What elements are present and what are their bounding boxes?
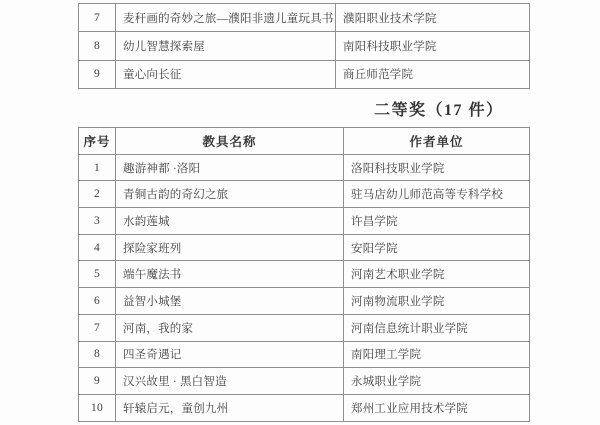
row-name-cell: 青铜古韵的奇幻之旅 — [116, 181, 344, 208]
row-unit-cell: 南阳理工学院 — [344, 341, 530, 368]
row-unit-cell: 商丘师范学院 — [336, 60, 530, 88]
table-row: 8 四圣奇遇记 南阳理工学院 — [79, 341, 530, 368]
row-no-cell: 4 — [79, 234, 116, 261]
table-row: 9 童心向长征 商丘师范学院 — [79, 60, 530, 88]
table-row: 4 探险家班列 安阳学院 — [79, 234, 530, 261]
second-prize-table: 序号 教具名称 作者单位 1 趣游神都 ·洛阳 洛阳科技职业学院 2 青铜古韵的… — [78, 127, 530, 422]
row-name-cell: 幼儿智慧探索屋 — [116, 32, 336, 60]
row-name-cell: 汉兴故里 · 黑白智造 — [116, 368, 344, 395]
row-name-cell: 端午魔法书 — [116, 261, 344, 288]
table-row: 5 端午魔法书 河南艺术职业学院 — [79, 261, 530, 288]
row-unit-cell: 濮阳职业技术学院 — [336, 4, 530, 32]
row-no-cell: 3 — [79, 208, 116, 235]
table-row: 7 麦秆画的奇妙之旅—濮阳非遗儿童玩具书 濮阳职业技术学院 — [79, 4, 530, 32]
row-no-cell: 7 — [79, 4, 116, 32]
header-unit-cell: 作者单位 — [344, 128, 530, 155]
row-no-cell: 6 — [79, 288, 116, 315]
row-no-cell: 7 — [79, 314, 116, 341]
table-row: 10 轩辕启元，童创九州 郑州工业应用技术学院 — [79, 394, 530, 421]
row-name-cell: 探险家班列 — [116, 234, 344, 261]
row-no-cell: 10 — [79, 394, 116, 421]
row-unit-cell: 河南艺术职业学院 — [344, 261, 530, 288]
table-row: 8 幼儿智慧探索屋 南阳科技职业学院 — [79, 32, 530, 60]
row-name-cell: 益智小城堡 — [116, 288, 344, 315]
row-no-cell: 8 — [79, 341, 116, 368]
row-unit-cell: 永城职业学院 — [344, 368, 530, 395]
header-name-cell: 教具名称 — [116, 128, 344, 155]
row-unit-cell: 洛阳科技职业学院 — [344, 154, 530, 181]
table-row: 6 益智小城堡 河南物流职业学院 — [79, 288, 530, 315]
table-row: 3 水韵莲城 许昌学院 — [79, 208, 530, 235]
document-page: 7 麦秆画的奇妙之旅—濮阳非遗儿童玩具书 濮阳职业技术学院 8 幼儿智慧探索屋 … — [0, 0, 600, 425]
table-row: 1 趣游神都 ·洛阳 洛阳科技职业学院 — [79, 154, 530, 181]
row-unit-cell: 郑州工业应用技术学院 — [344, 394, 530, 421]
row-unit-cell: 许昌学院 — [344, 208, 530, 235]
row-no-cell: 9 — [79, 368, 116, 395]
row-no-cell: 8 — [79, 32, 116, 60]
row-no-cell: 5 — [79, 261, 116, 288]
table-row: 2 青铜古韵的奇幻之旅 驻马店幼儿师范高等专科学校 — [79, 181, 530, 208]
row-no-cell: 9 — [79, 60, 116, 88]
table-header-row: 序号 教具名称 作者单位 — [79, 128, 530, 155]
row-unit-cell: 驻马店幼儿师范高等专科学校 — [344, 181, 530, 208]
row-name-cell: 水韵莲城 — [116, 208, 344, 235]
row-name-cell: 趣游神都 ·洛阳 — [116, 154, 344, 181]
row-name-cell: 童心向长征 — [116, 60, 336, 88]
row-no-cell: 1 — [79, 154, 116, 181]
row-unit-cell: 安阳学院 — [344, 234, 530, 261]
row-name-cell: 河南，我的家 — [116, 314, 344, 341]
row-name-cell: 轩辕启元，童创九州 — [116, 394, 344, 421]
row-unit-cell: 河南物流职业学院 — [344, 288, 530, 315]
row-name-cell: 四圣奇遇记 — [116, 341, 344, 368]
section-heading: 二等奖（17 件） — [374, 97, 504, 120]
header-no-cell: 序号 — [79, 128, 116, 155]
table-row: 7 河南，我的家 河南信息统计职业学院 — [79, 314, 530, 341]
table-row: 9 汉兴故里 · 黑白智造 永城职业学院 — [79, 368, 530, 395]
row-unit-cell: 河南信息统计职业学院 — [344, 314, 530, 341]
row-no-cell: 2 — [79, 181, 116, 208]
first-prize-table-continuation: 7 麦秆画的奇妙之旅—濮阳非遗儿童玩具书 濮阳职业技术学院 8 幼儿智慧探索屋 … — [78, 3, 530, 89]
row-name-cell: 麦秆画的奇妙之旅—濮阳非遗儿童玩具书 — [116, 4, 336, 32]
row-unit-cell: 南阳科技职业学院 — [336, 32, 530, 60]
